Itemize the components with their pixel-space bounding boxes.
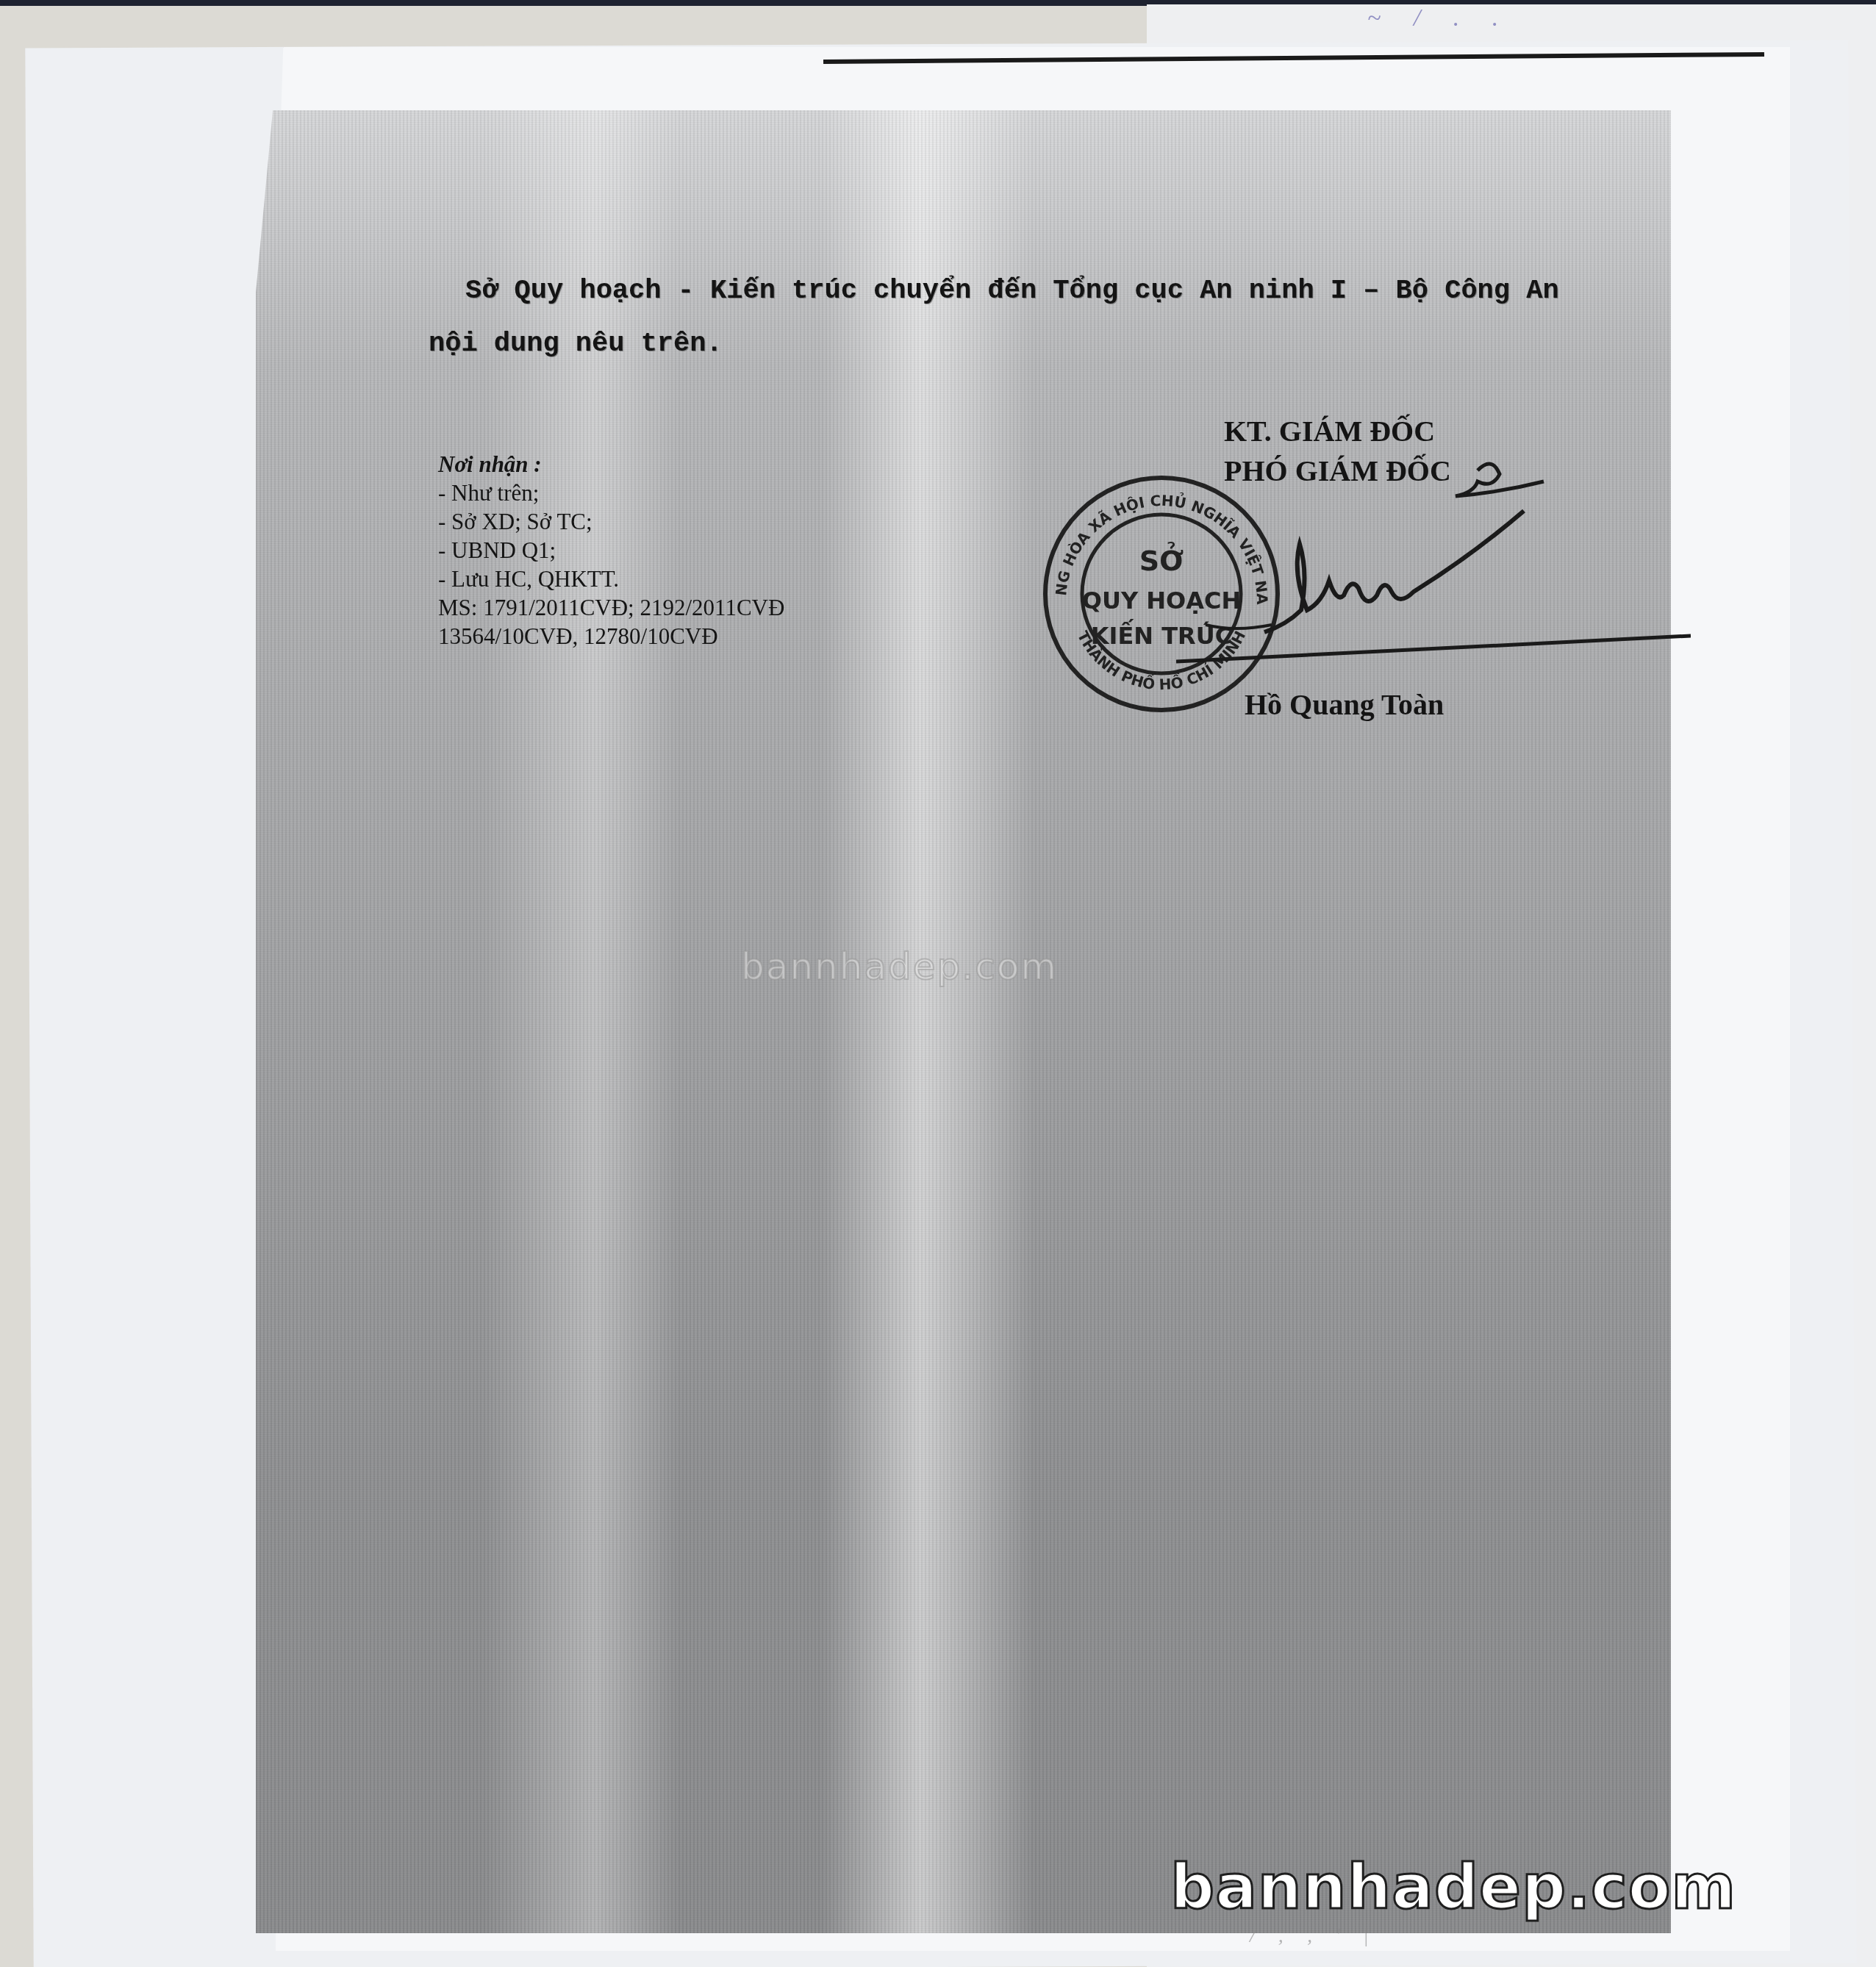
signature-title-1: KT. GIÁM ĐỐC	[1224, 412, 1606, 451]
recipients-title: Nơi nhận :	[438, 450, 953, 479]
watermark-bottom: bannhadep.com	[1170, 1851, 1736, 1923]
body-paragraph: Sở Quy hoạch - Kiến trúc chuyển đến Tổng…	[429, 265, 1619, 370]
document-content: Sở Quy hoạch - Kiến trúc chuyển đến Tổng…	[0, 0, 1876, 1967]
bottom-marks: / , ‚ ' |	[1250, 1924, 1632, 1954]
recipient-item: - Sở XD; Sở TC;	[438, 507, 953, 536]
recipient-item: - Như trên;	[438, 479, 953, 507]
recipient-item: - Lưu HC, QHKTT.	[438, 565, 953, 593]
recipients-block: Nơi nhận : - Như trên; - Sở XD; Sở TC; -…	[438, 450, 953, 651]
signer-name: Hồ Quang Toàn	[1245, 687, 1444, 722]
reference-line: 13564/10CVĐ, 12780/10CVĐ	[438, 622, 953, 651]
watermark-center: bannhadep.com	[741, 945, 1058, 988]
handwritten-signature-icon	[1176, 456, 1691, 720]
reference-line: MS: 1791/2011CVĐ; 2192/2011CVĐ	[438, 593, 953, 622]
recipient-item: - UBND Q1;	[438, 536, 953, 565]
